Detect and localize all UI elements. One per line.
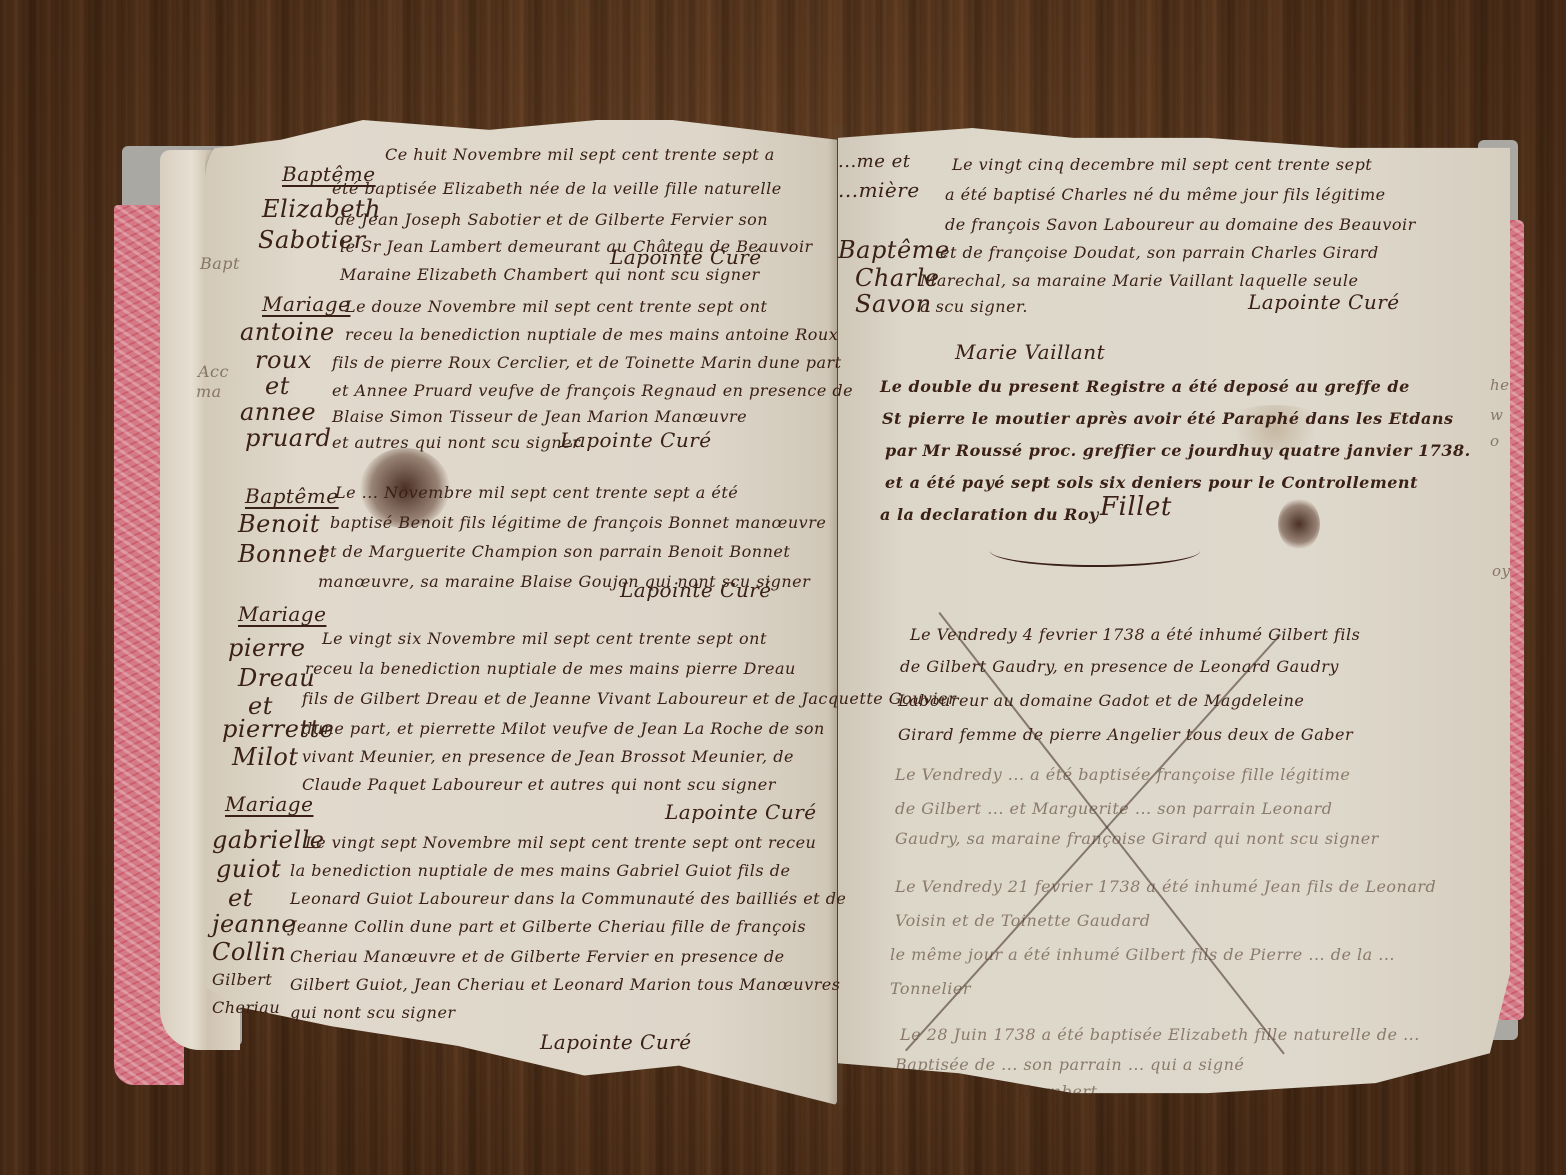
entry-line: et autres qui nont scu signer (332, 426, 580, 459)
entry-line: a la declaration du Roy (880, 498, 1099, 531)
entry-line: été baptisée Elizabeth née de la veille … (332, 172, 782, 205)
margin-label-conjunction: et (265, 372, 290, 400)
witness-signature: Marie Vaillant (955, 340, 1105, 364)
margin-label-name: guiot (216, 855, 281, 883)
entry-line: Ce huit Novembre mil sept cent trente se… (385, 138, 775, 171)
crossed-entry-line: Laboureur au domaine Gadot et de Magdele… (898, 684, 1304, 717)
entry-line: et de Marguerite Champion son parrain Be… (320, 535, 790, 568)
cut-margin-fragment: ma (196, 378, 222, 406)
margin-label-name: pierre (228, 634, 305, 662)
entry-line: fils de Gilbert Dreau et de Jeanne Vivan… (302, 682, 956, 715)
entry-line: qui nont scu signer (290, 996, 456, 1029)
margin-label-type: Mariage (238, 600, 326, 628)
margin-label-type: Mariage (225, 790, 313, 818)
curate-signature: Lapointe Curé (665, 800, 817, 824)
cut-margin-fragment: he (1490, 376, 1510, 394)
margin-label-type: Baptême (245, 482, 339, 510)
cut-margin-fragment: oy (1492, 562, 1511, 580)
margin-label-name: Cheriau (212, 994, 280, 1022)
entry-line: a scu signer. (920, 290, 1028, 323)
entry-line: par Mr Roussé proc. greffier ce jourdhuy… (885, 434, 1471, 467)
curate-signature: Lapointe Curé (620, 578, 772, 602)
entry-line: St pierre le moutier après avoir été Par… (882, 402, 1453, 435)
margin-label-type: Mariage (262, 290, 350, 318)
margin-label-name: Collin (212, 938, 286, 966)
margin-label-name: jeanne (212, 910, 296, 938)
margin-label-name: Bonnet (238, 540, 328, 568)
entry-line: Le ... Novembre mil sept cent trente sep… (335, 476, 738, 509)
faint-entry-line: ... Chambert ... (990, 1075, 1120, 1108)
crossed-entry-line: Girard femme de pierre Angelier tous deu… (898, 718, 1353, 751)
margin-label-fragment: ...me et (838, 148, 911, 176)
curate-signature: Lapointe Curé (610, 245, 762, 269)
faint-entry-line: Le 28 Juin 1738 a été baptisée Elizabeth… (900, 1018, 1420, 1051)
margin-label-conjunction: et (228, 884, 253, 912)
entry-line: receu la benediction nuptiale de mes mai… (305, 652, 796, 685)
entry-line: Le double du present Registre a été depo… (880, 370, 1410, 403)
margin-label-name: annee (240, 398, 316, 426)
margin-label-name: roux (255, 346, 312, 374)
crossed-entry-line: Le Vendredy ... a été baptisée françoise… (895, 758, 1350, 791)
entry-line: Le vingt cinq decembre mil sept cent tre… (952, 148, 1372, 181)
entry-line: Claude Paquet Laboureur et autres qui no… (302, 768, 776, 801)
margin-label-type: Baptême (838, 236, 950, 264)
margin-label-name: antoine (240, 318, 335, 346)
entry-line: Jeanne Collin dune part et Gilberte Cher… (290, 910, 806, 943)
margin-label-name: Milot (232, 743, 299, 771)
clerk-signature: Fillet (1100, 492, 1172, 522)
crossed-entry-line: le même jour a été inhumé Gilbert fils d… (890, 938, 1395, 971)
signature-flourish (990, 535, 1200, 567)
crossed-entry-line: Le Vendredy 4 fevrier 1738 a été inhumé … (910, 618, 1360, 651)
curate-signature: Lapointe Curé (1248, 290, 1400, 314)
entry-line: Le vingt six Novembre mil sept cent tren… (322, 622, 767, 655)
margin-label-fragment: ...mière (838, 176, 920, 204)
cut-margin-fragment: w (1490, 406, 1503, 424)
cut-margin-fragment: o (1490, 432, 1500, 450)
entry-line: a été baptisé Charles né du même jour fi… (945, 178, 1386, 211)
curate-signature: Lapointe Curé (560, 428, 712, 452)
cut-margin-fragment: Bapt (200, 250, 240, 278)
ink-stain (1278, 498, 1320, 550)
margin-label-name: pruard (245, 424, 331, 452)
crossed-entry-line: de Gilbert Gaudry, en presence de Leonar… (900, 650, 1339, 683)
crossed-entry-line: Gaudry, sa maraine françoise Girard qui … (895, 822, 1379, 855)
margin-label-name: Benoit (238, 510, 320, 538)
curate-signature: Lapointe Curé (540, 1030, 692, 1054)
crossed-entry-line: Le Vendredy 21 fevrier 1738 a été inhumé… (895, 870, 1436, 903)
margin-label-name: Gilbert (212, 966, 272, 994)
